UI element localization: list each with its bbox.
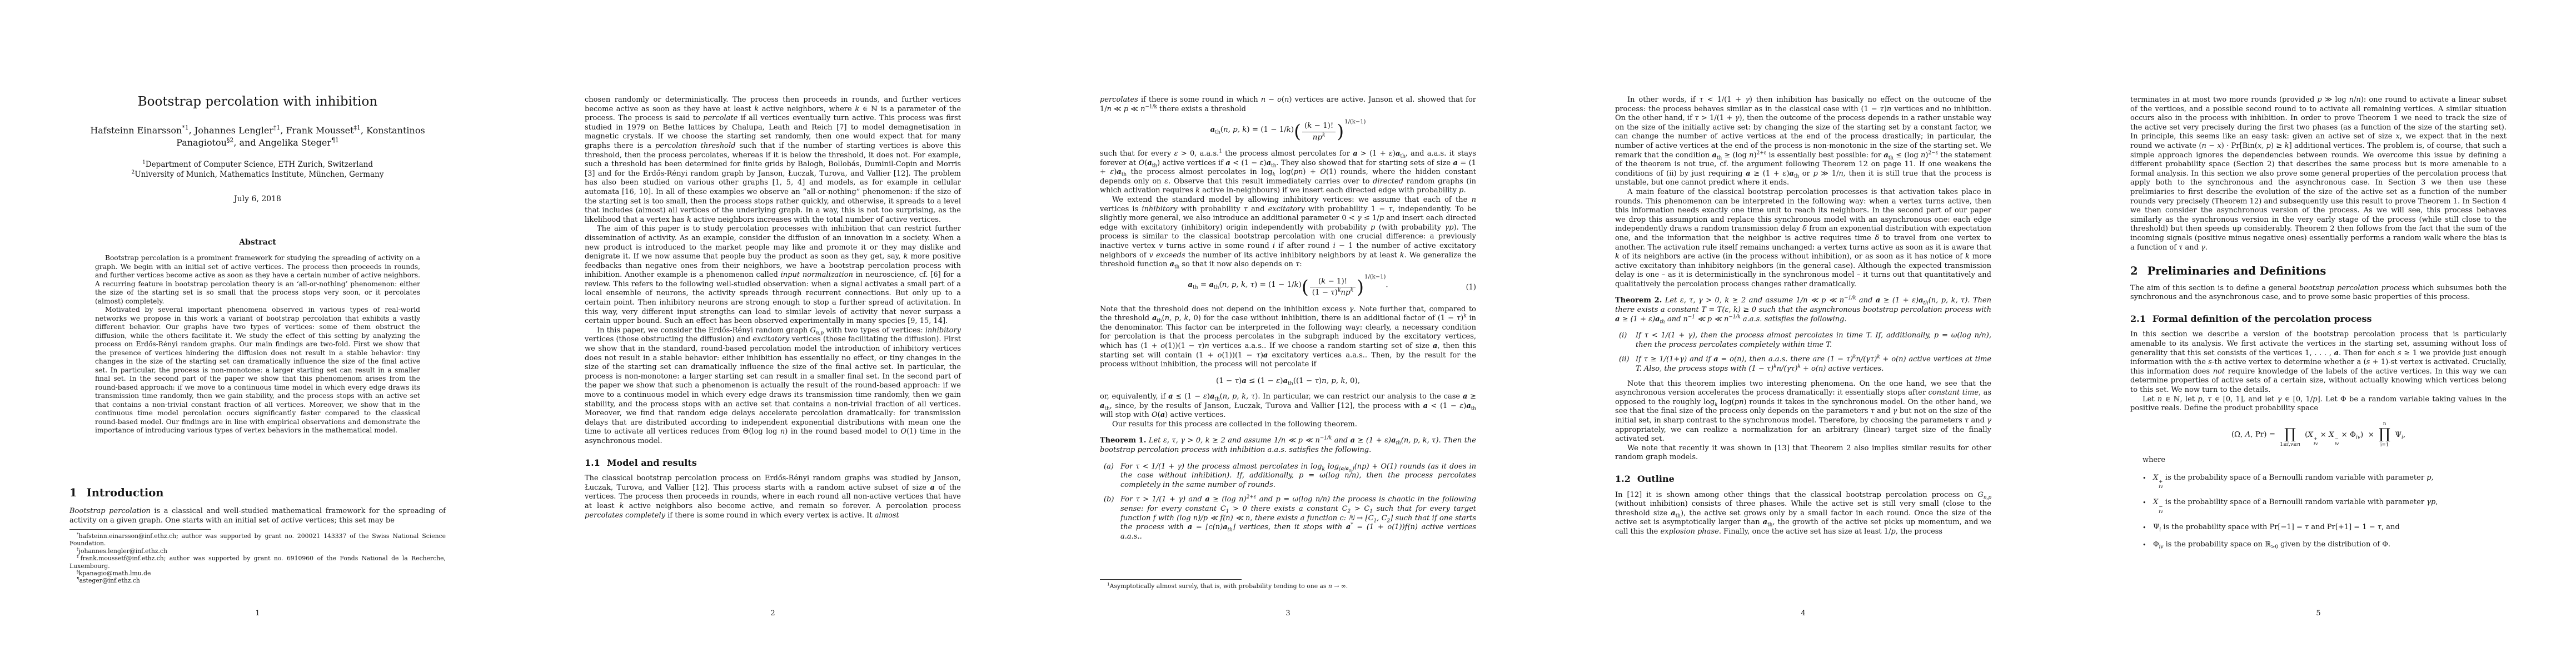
theorem-2-item-ii: (ii)If τ ≥ 1/(1+γ) and if a = o(n), then… bbox=[1615, 355, 1991, 374]
product-operator: n∏i=1 bbox=[2379, 421, 2390, 448]
paragraph: The aim of this section is to define a g… bbox=[2130, 284, 2507, 302]
list-item: •X+iv is the probability space of a Bern… bbox=[2136, 474, 2507, 490]
paragraph: Bootstrap percolation is a classical and… bbox=[69, 507, 446, 525]
paragraph: Note that the threshold does not depend … bbox=[1100, 305, 1476, 370]
footnotes: 1Asymptotically almost surely, that is, … bbox=[1100, 579, 1476, 590]
paragraph: We note that recently it was shown in [1… bbox=[1615, 444, 1991, 462]
theorem-1-statement: Let ε, τ, γ > 0, k ≥ 2 and assume 1/n ≪ … bbox=[1100, 436, 1476, 454]
theorem-1-heading: Theorem 1. bbox=[1100, 436, 1146, 445]
affiliation: 1Department of Computer Science, ETH Zur… bbox=[0, 160, 515, 170]
page-4: In other words, if τ < 1/(1 + γ) then in… bbox=[1546, 0, 2061, 667]
paragraph: Our results for this process are collect… bbox=[1100, 420, 1476, 430]
footnote: *hafsteinn.einarsson@inf.ethz.ch; author… bbox=[69, 532, 446, 547]
equation-tag: (1) bbox=[1466, 283, 1476, 291]
footnote: §kpanagio@math.lmu.de bbox=[69, 570, 446, 577]
equation-1: ath = ath(n, p, k, τ) = (1 − 1/k)((k − 1… bbox=[1100, 277, 1476, 297]
paragraph: chosen randomly or deterministically. Th… bbox=[585, 96, 961, 225]
paragraph: Note that this theorem implies two inter… bbox=[1615, 380, 1991, 444]
list-item: •Ψi is the probability space with Pr[−1]… bbox=[2136, 523, 2507, 532]
author-list: Hafsteinn Einarsson*1, Johannes Lengler†… bbox=[0, 125, 515, 149]
subsection-heading-model-results: 1.1Model and results bbox=[585, 459, 961, 468]
footnote-rule bbox=[69, 529, 211, 530]
paragraph: In other words, if τ < 1/(1 + γ) then in… bbox=[1615, 96, 1991, 188]
product-operator: ∏1≤i,v≤n bbox=[2280, 421, 2300, 448]
page5-body: terminates in at most two more rounds (p… bbox=[2130, 96, 2507, 558]
section-heading-introduction: 1Introduction bbox=[69, 486, 446, 499]
paragraph: terminates in at most two more rounds (p… bbox=[2130, 96, 2507, 252]
equation-threshold: ath(n, p, k) = (1 − 1/k)((k − 1)!npk)1/(… bbox=[1100, 122, 1476, 142]
document-canvas: arXiv:1410.3291v2 [math.PR] 21 Aug 2015 … bbox=[0, 0, 2576, 667]
bullet-icon: • bbox=[2142, 474, 2146, 484]
page-3: percolates if there is some round in whi… bbox=[1030, 0, 1546, 667]
theorem-2: Theorem 2. Let ε, τ, γ > 0, k ≥ 2 and as… bbox=[1615, 296, 1991, 324]
footnote: ¶asteger@inf.ethz.ch bbox=[69, 577, 446, 584]
footnotes: *hafsteinn.einarsson@inf.ethz.ch; author… bbox=[69, 529, 446, 585]
equation-nonpercolation: (1 − τ)a ≤ (1 − ε)ath((1 − τ)n, p, k, 0)… bbox=[1100, 377, 1476, 385]
abstract: Abstract Bootstrap percolation is a prom… bbox=[95, 238, 420, 435]
theorem-2-item-i: (i)If τ < 1/(1 + γ), then the process al… bbox=[1615, 331, 1991, 350]
paper-date: July 6, 2018 bbox=[0, 195, 515, 203]
page-1: Bootstrap percolation with inhibition Ha… bbox=[0, 0, 515, 667]
paragraph: In [12] it is shown among other things t… bbox=[1615, 491, 1991, 537]
affiliations: 1Department of Computer Science, ETH Zur… bbox=[0, 160, 515, 180]
author-line: Hafsteinn Einarsson*1, Johannes Lengler†… bbox=[0, 125, 515, 137]
paragraph: where bbox=[2130, 456, 2507, 465]
theorem-1-item-a: (a)For τ < 1/(1 + γ) the process almost … bbox=[1100, 462, 1476, 490]
footnote: 1Asymptotically almost surely, that is, … bbox=[1100, 583, 1476, 590]
paragraph: The aim of this paper is to study percol… bbox=[585, 225, 961, 326]
section-heading-preliminaries: 2Preliminaries and Definitions bbox=[2130, 267, 2507, 276]
author-line: Panagiotou§2, and Angelika Steger¶1 bbox=[0, 137, 515, 149]
abstract-paragraph: Motivated by several important phenomena… bbox=[95, 306, 420, 435]
abstract-heading: Abstract bbox=[95, 238, 420, 247]
definition-list: •X+iv is the probability space of a Bern… bbox=[2136, 474, 2507, 550]
footnote-rule bbox=[1100, 579, 1242, 580]
paragraph: In this paper, we consider the Erdős-Rén… bbox=[585, 326, 961, 446]
paragraph: or, equivalently, if a ≤ (1 − ε)ath(n, p… bbox=[1100, 392, 1476, 420]
abstract-paragraph: Bootstrap percolation is a prominent fra… bbox=[95, 254, 420, 306]
paper-title: Bootstrap percolation with inhibition bbox=[0, 94, 515, 109]
page-number: 4 bbox=[1546, 609, 2061, 618]
page-2: chosen randomly or deterministically. Th… bbox=[515, 0, 1030, 667]
paragraph: Let n ∈ ℕ, let p, τ ∈ [0, 1], and let γ … bbox=[2130, 395, 2507, 414]
abstract-body: Bootstrap percolation is a prominent fra… bbox=[95, 254, 420, 435]
paragraph: We extend the standard model by allowing… bbox=[1100, 196, 1476, 270]
paragraph: A main feature of the classical bootstra… bbox=[1615, 188, 1991, 290]
affiliation: 2University of Munich, Mathematics Insti… bbox=[0, 170, 515, 180]
bullet-icon: • bbox=[2142, 541, 2146, 550]
paragraph: such that for every ε > 0, a.a.s.1 the p… bbox=[1100, 150, 1476, 196]
footnote: †johannes.lengler@inf.ethz.ch bbox=[69, 547, 446, 555]
page-number: 3 bbox=[1030, 609, 1546, 618]
bullet-icon: • bbox=[2142, 499, 2146, 508]
page3-body: percolates if there is some round in whi… bbox=[1100, 96, 1476, 547]
list-item: •Φiv is the probability space on ℝ>0 giv… bbox=[2136, 540, 2507, 550]
paragraph: In this section we describe a version of… bbox=[2130, 330, 2507, 395]
equation-probability-space: (Ω, A, Pr) = ∏1≤i,v≤n (X+iv × X−iv × Φiv… bbox=[2130, 421, 2507, 448]
page4-body: In other words, if τ < 1/(1 + γ) then in… bbox=[1615, 96, 1991, 537]
theorem-2-heading: Theorem 2. bbox=[1615, 296, 1662, 305]
subsection-heading-outline: 1.2Outline bbox=[1615, 475, 1991, 484]
page-5: terminates in at most two more rounds (p… bbox=[2061, 0, 2576, 667]
page-number: 5 bbox=[2061, 609, 2576, 618]
list-item: •X−iv is the probability space of a Bern… bbox=[2136, 498, 2507, 515]
page-number: 1 bbox=[0, 609, 515, 618]
paragraph: The classical bootstrap percolation proc… bbox=[585, 474, 961, 520]
page1-body: 1Introduction Bootstrap percolation is a… bbox=[69, 472, 446, 525]
page-number: 2 bbox=[515, 609, 1030, 618]
footnote: ‡frank.moussetf@inf.ethz.ch; author was … bbox=[69, 555, 446, 570]
subsection-heading-formal-definition: 2.1Formal definition of the percolation … bbox=[2130, 315, 2507, 324]
theorem-2-statement: Let ε, τ, γ > 0, k ≥ 2 and assume 1/n ≪ … bbox=[1615, 296, 1991, 323]
page2-body: chosen randomly or deterministically. Th… bbox=[585, 96, 961, 520]
bullet-icon: • bbox=[2142, 524, 2146, 533]
paragraph: percolates if there is some round in whi… bbox=[1100, 96, 1476, 114]
theorem-1-item-b: (b)For τ > 1/(1 + γ) and a ≥ (log n)2+ε … bbox=[1100, 495, 1476, 541]
theorem-1: Theorem 1. Let ε, τ, γ > 0, k ≥ 2 and as… bbox=[1100, 436, 1476, 455]
